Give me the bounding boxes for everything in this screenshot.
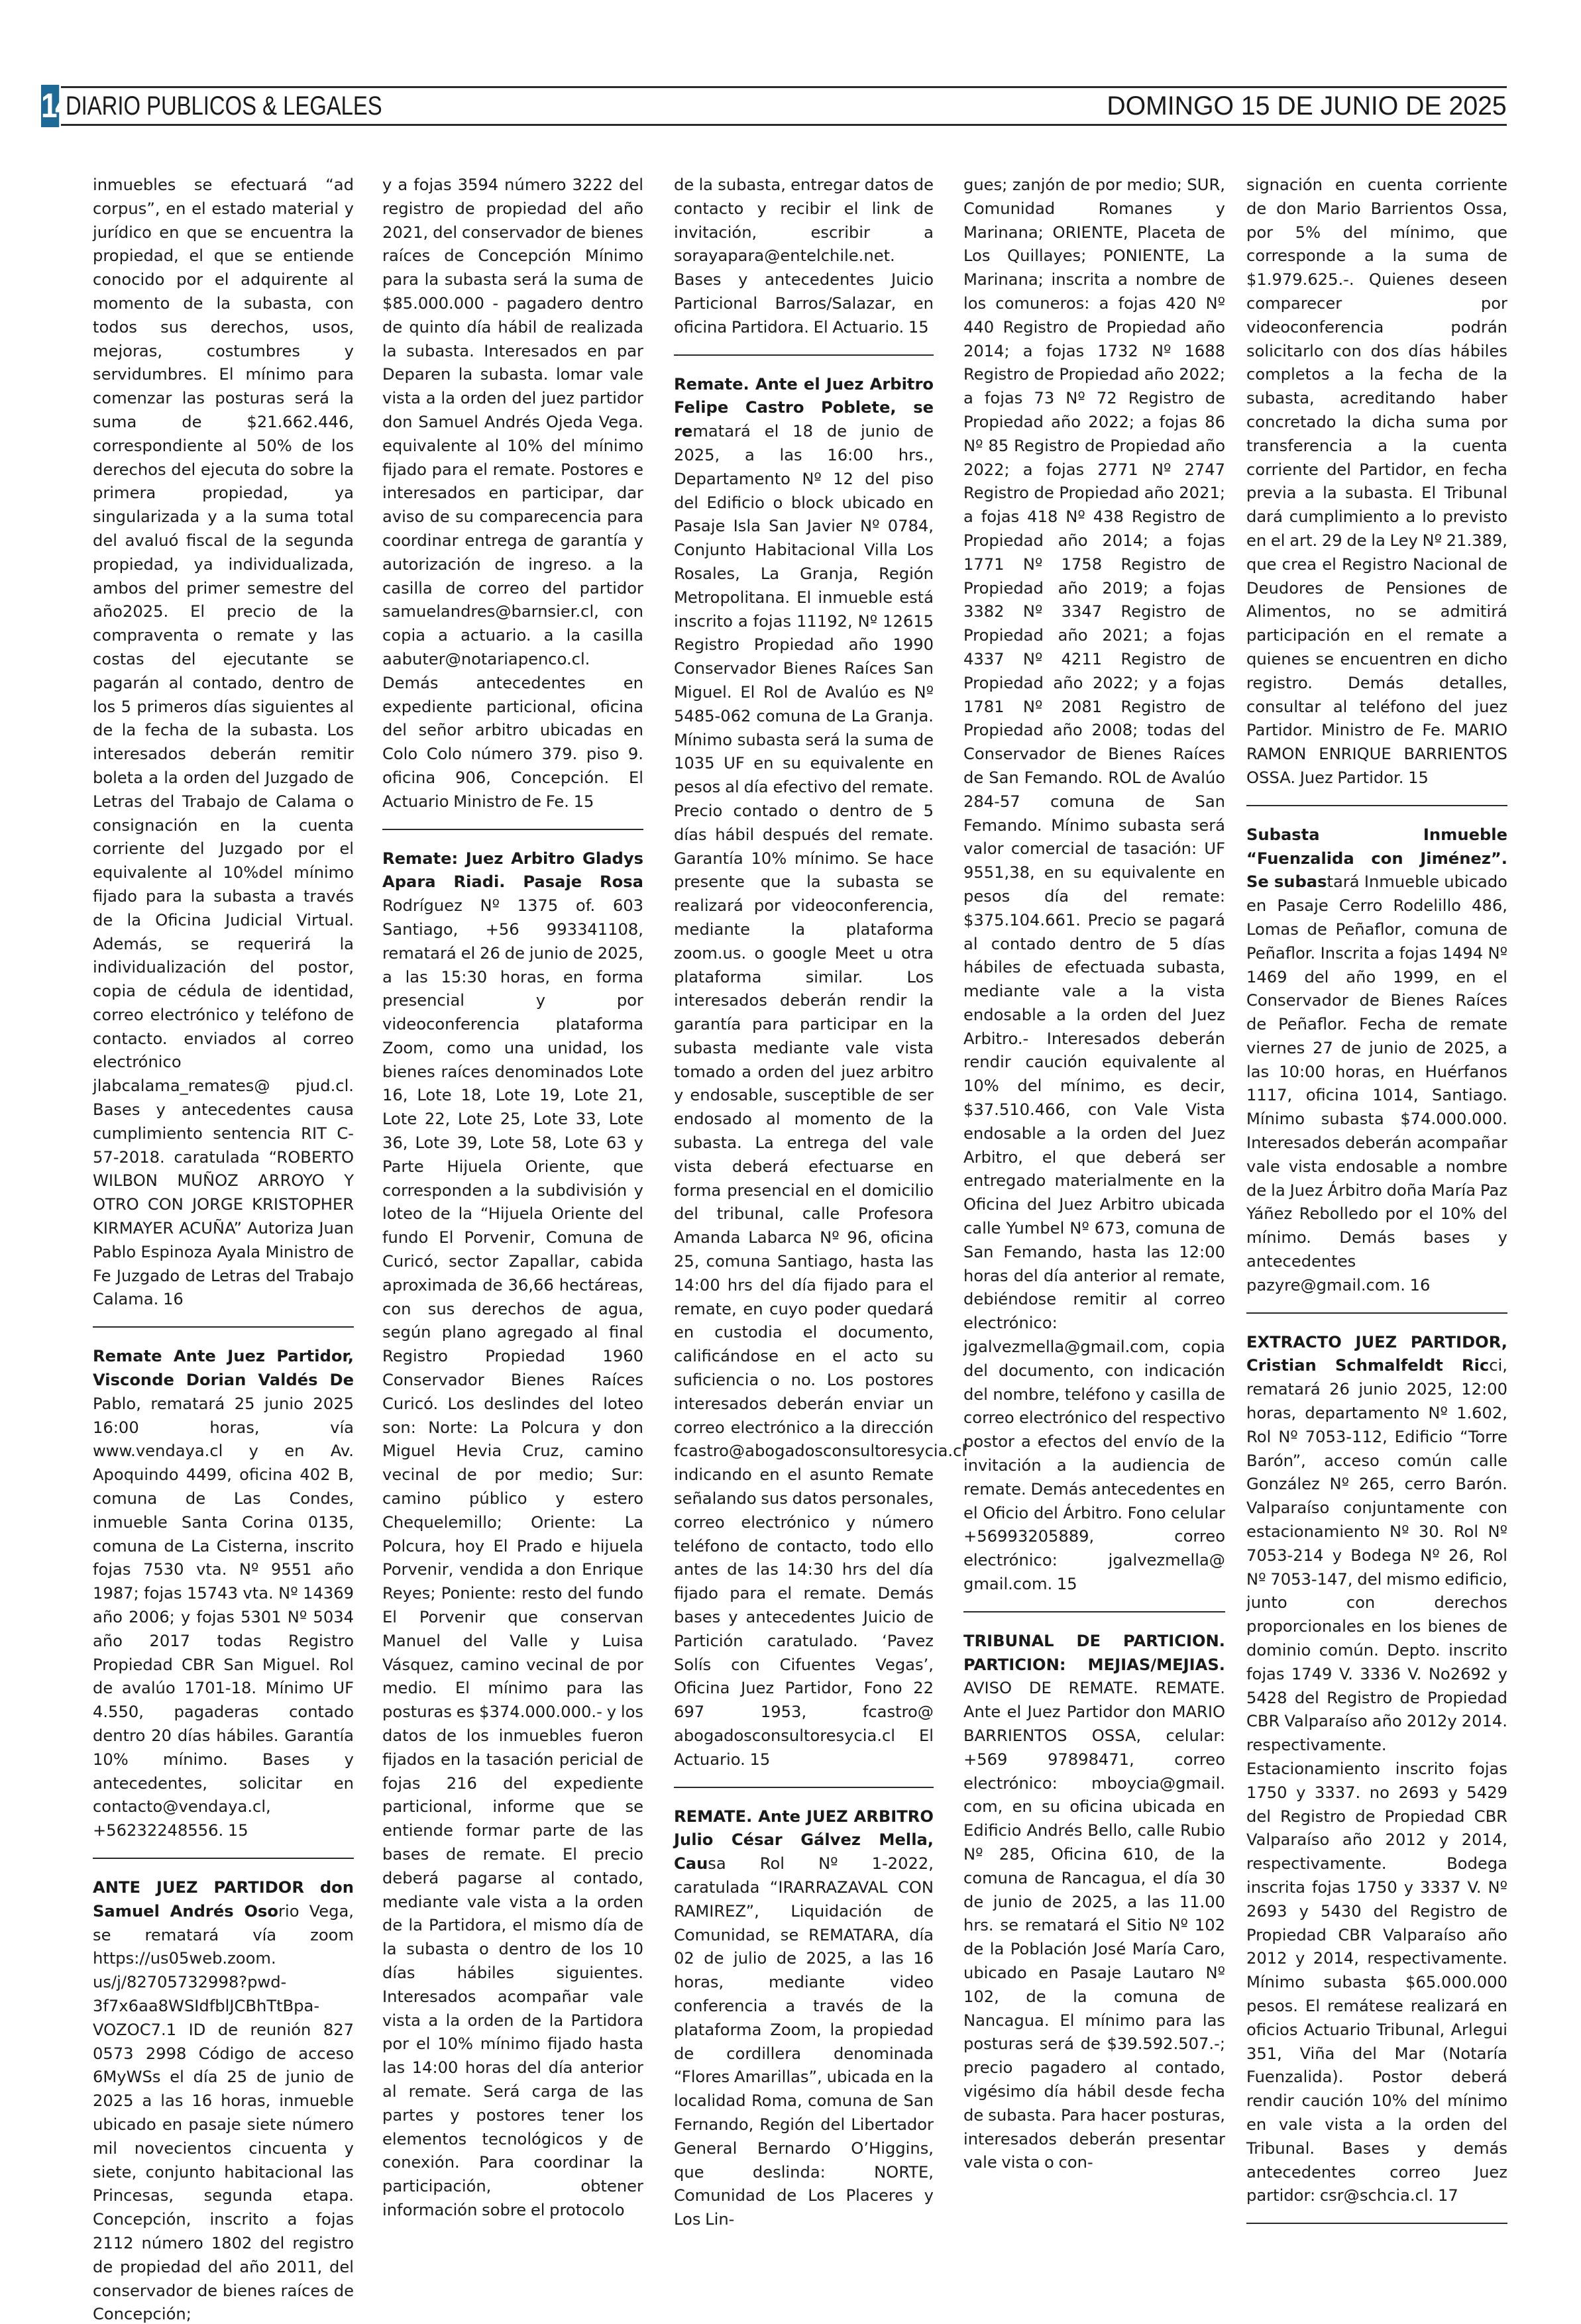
- notice-divider: [674, 354, 934, 356]
- notice-body: inmuebles se efectuará “ad corpus”, en e…: [93, 176, 354, 1308]
- notice-divider: [1246, 1312, 1507, 1314]
- notice-body: Rodríguez Nº 1375 of. 603 Santiago, +56 …: [382, 896, 643, 2219]
- notice-body: AVISO DE REMATE. REMATE. Ante el Juez Pa…: [963, 1679, 1225, 2172]
- notice-tribunal-particion-mejias: TRIBUNAL DE PARTICION. PARTICION: MEJIAS…: [963, 1630, 1225, 2175]
- notice-heading: Remate: Juez Arbitro Gladys Apara Riadi.…: [382, 849, 643, 892]
- notice-divider: [963, 1611, 1225, 1612]
- masthead-top-rule: [61, 86, 1507, 88]
- notice-continuation: gues; zanjón de por medio; SUR, Comunida…: [963, 174, 1225, 1597]
- masthead-bottom-rule: [61, 124, 1507, 126]
- column-5: signación en cuenta corriente de don Mar…: [1246, 174, 1507, 2241]
- notice-continuation: signación en cuenta corriente de don Mar…: [1246, 174, 1507, 790]
- notice-divider: [93, 1326, 354, 1328]
- column-1: inmuebles se efectuará “ad corpus”, en e…: [93, 174, 354, 2324]
- publication-date: DOMINGO 15 DE JUNIO DE 2025: [1107, 90, 1507, 122]
- notice-divider: [93, 1858, 354, 1859]
- notice-extracto-schmalfeldt-ricci: EXTRACTO JUEZ PARTIDOR, Cristian Schmalf…: [1246, 1331, 1507, 2208]
- legal-notices-columns: inmuebles se efectuará “ad corpus”, en e…: [93, 174, 1507, 2294]
- column-3: de la subasta, entregar datos de contact…: [674, 174, 934, 2232]
- notice-body: rio Vega, se rematará vía zoom https://u…: [93, 1902, 354, 2324]
- publication-title: DIARIO PUBLICOS & LEGALES: [66, 90, 382, 122]
- notice-remate-galvez-mella: REMATE. Ante JUEZ ARBITRO Julio César Gá…: [674, 1805, 934, 2232]
- notice-partidor-osorio-vega: ANTE JUEZ PARTIDOR don Samuel Andrés Oso…: [93, 1876, 354, 2324]
- notice-continuation: de la subasta, entregar datos de contact…: [674, 174, 934, 340]
- notice-remate-castro-poblete: Remate. Ante el Juez Arbitro Felipe Cast…: [674, 373, 934, 1772]
- notice-heading: EXTRACTO JUEZ PARTIDOR, Cristian Schmalf…: [1246, 1333, 1507, 1375]
- notice-subasta-fuenzalida-jimenez: Subasta Inmueble “Fuenzalida con Jiménez…: [1246, 823, 1507, 1298]
- notice-heading: TRIBUNAL DE PARTICION. PARTICION: MEJIAS…: [963, 1632, 1225, 1674]
- notice-divider: [382, 829, 643, 830]
- notice-body: gues; zanjón de por medio; SUR, Comunida…: [963, 176, 1225, 1593]
- notice-divider: [674, 1787, 934, 1788]
- notice-continuation: y a fojas 3594 número 3222 del registro …: [382, 174, 643, 814]
- column-2: y a fojas 3594 número 3222 del registro …: [382, 174, 643, 2223]
- notice-heading: Remate Ante Juez Partidor, Visconde Dori…: [93, 1347, 354, 1389]
- notice-remate-apara-riadi: Remate: Juez Arbitro Gladys Apara Riadi.…: [382, 847, 643, 2223]
- notice-remate-visconde-valdes: Remate Ante Juez Partidor, Visconde Dori…: [93, 1345, 354, 1843]
- notice-body: y a fojas 3594 número 3222 del registro …: [382, 176, 643, 811]
- notice-body: matará el 18 de junio de 2025, a las 16:…: [674, 422, 966, 1769]
- notice-body: ci, rematará 26 junio 2025, 12:00 horas,…: [1246, 1356, 1507, 2205]
- notice-body: signación en cuenta corriente de don Mar…: [1246, 176, 1507, 787]
- column-4: gues; zanjón de por medio; SUR, Comunida…: [963, 174, 1225, 2175]
- page-number-badge: 14: [41, 85, 59, 127]
- notice-divider: [1246, 2223, 1507, 2224]
- notice-body: tará Inmueble ubicado en Pasaje Cerro Ro…: [1246, 872, 1507, 1294]
- notice-continuation: inmuebles se efectuará “ad corpus”, en e…: [93, 174, 354, 1312]
- notice-body: Pablo, rematará 25 junio 2025 16:00 hora…: [93, 1395, 354, 1840]
- page-masthead: 14 DIARIO PUBLICOS & LEGALES DOMINGO 15 …: [41, 86, 1507, 126]
- notice-body: sa Rol Nº 1-2022, caratulada “IRARRAZAVA…: [674, 1854, 934, 2229]
- notice-divider: [1246, 805, 1507, 806]
- notice-body: de la subasta, entregar datos de contact…: [674, 176, 934, 337]
